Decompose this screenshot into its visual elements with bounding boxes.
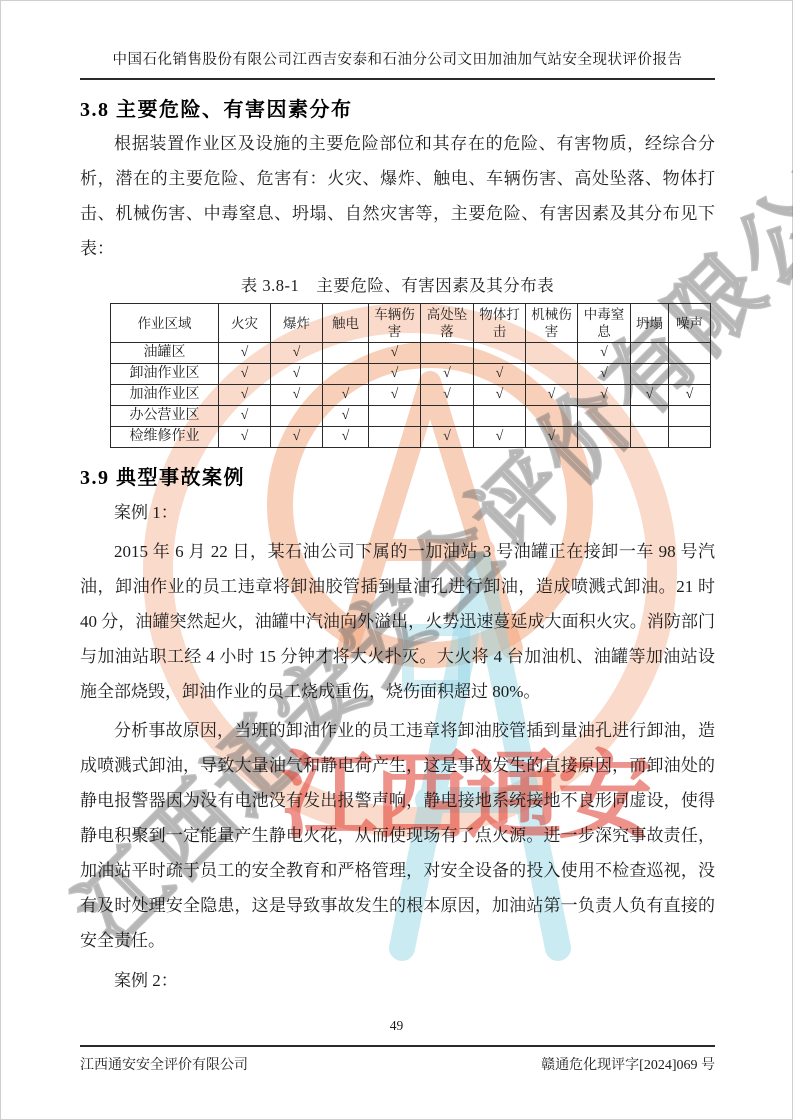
table-row: 油罐区 √ √ √ √: [111, 343, 711, 364]
check-cell: √: [219, 343, 271, 364]
check-cell: [526, 364, 578, 385]
check-cell: [669, 364, 711, 385]
row-area: 检维修作业: [111, 427, 219, 448]
check-cell: [369, 406, 421, 427]
check-cell: √: [474, 364, 526, 385]
page-footer: 江西通安安全评价有限公司 赣通危化现评字[2024]069 号: [80, 1045, 715, 1074]
check-cell: [669, 406, 711, 427]
document-content: 中国石化销售股份有限公司江西吉安泰和石油分公司文田加油加气站安全现状评价报告 3…: [0, 0, 793, 998]
table-row: 检维修作业 √ √ √ √ √ √: [111, 427, 711, 448]
table-row: 加油作业区 √ √ √ √ √ √ √ √ √ √: [111, 385, 711, 406]
column-header: 高处坠落: [421, 304, 474, 343]
check-cell: √: [526, 427, 578, 448]
check-cell: [474, 343, 526, 364]
case1-label: 案例 1：: [80, 495, 715, 530]
check-cell: √: [271, 427, 323, 448]
hazards-table: 作业区域 火灾 爆炸 触电 车辆伤害 高处坠落 物体打击 机械伤害 中毒窒息 坍…: [110, 303, 711, 448]
check-cell: [526, 406, 578, 427]
check-cell: √: [271, 385, 323, 406]
row-area: 卸油作业区: [111, 364, 219, 385]
column-header: 火灾: [219, 304, 271, 343]
check-cell: [271, 406, 323, 427]
hazards-paragraph: 根据装置作业区及设施的主要危险部位和其存在的危险、有害物质，经综合分析，潜在的主…: [80, 126, 715, 266]
check-cell: [526, 343, 578, 364]
case1-paragraph-1: 2015 年 6 月 22 日，某石油公司下属的一加油站 3 号油罐正在接卸一车…: [80, 534, 715, 709]
column-header: 物体打击: [474, 304, 526, 343]
row-area: 办公营业区: [111, 406, 219, 427]
column-header: 作业区域: [111, 304, 219, 343]
case1-paragraph-2: 分析事故原因，当班的卸油作业的员工违章将卸油胶管插到量油孔进行卸油，造成喷溅式卸…: [80, 713, 715, 958]
column-header: 车辆伤害: [369, 304, 421, 343]
check-cell: √: [578, 385, 631, 406]
check-cell: [323, 364, 369, 385]
check-cell: √: [369, 343, 421, 364]
column-header: 中毒窒息: [578, 304, 631, 343]
page-number: 49: [0, 1018, 793, 1034]
check-cell: [578, 427, 631, 448]
table-row: 卸油作业区 √ √ √ √ √ √: [111, 364, 711, 385]
check-cell: √: [323, 406, 369, 427]
check-cell: [631, 427, 669, 448]
table-header-row: 作业区域 火灾 爆炸 触电 车辆伤害 高处坠落 物体打击 机械伤害 中毒窒息 坍…: [111, 304, 711, 343]
check-cell: √: [631, 385, 669, 406]
check-cell: [421, 406, 474, 427]
check-cell: [474, 406, 526, 427]
check-cell: [369, 427, 421, 448]
check-cell: [631, 364, 669, 385]
check-cell: √: [474, 385, 526, 406]
check-cell: [669, 343, 711, 364]
check-cell: √: [526, 385, 578, 406]
check-cell: √: [323, 385, 369, 406]
check-cell: √: [271, 343, 323, 364]
check-cell: √: [474, 427, 526, 448]
check-cell: √: [219, 364, 271, 385]
column-header: 爆炸: [271, 304, 323, 343]
header-rule: [80, 78, 715, 80]
check-cell: √: [323, 427, 369, 448]
check-cell: √: [219, 385, 271, 406]
check-cell: √: [578, 364, 631, 385]
check-cell: [421, 343, 474, 364]
doc-header-title: 中国石化销售股份有限公司江西吉安泰和石油分公司文田加油加气站安全现状评价报告: [80, 0, 715, 69]
check-cell: √: [219, 427, 271, 448]
table-row: 办公营业区 √ √: [111, 406, 711, 427]
check-cell: √: [421, 427, 474, 448]
column-header: 机械伤害: [526, 304, 578, 343]
check-cell: [631, 406, 669, 427]
check-cell: √: [219, 406, 271, 427]
check-cell: √: [578, 343, 631, 364]
check-cell: √: [271, 364, 323, 385]
report-page: 江西通安安全评价有限公司 江西通安 中国石化销售股份有限公司江西吉安泰和石油分公…: [0, 0, 793, 1120]
check-cell: √: [369, 385, 421, 406]
check-cell: √: [369, 364, 421, 385]
check-cell: [323, 343, 369, 364]
table-caption: 表 3.8-1 主要危险、有害因素及其分布表: [80, 272, 715, 296]
column-header: 坍塌: [631, 304, 669, 343]
row-area: 油罐区: [111, 343, 219, 364]
check-cell: √: [421, 364, 474, 385]
check-cell: [669, 427, 711, 448]
footer-company: 江西通安安全评价有限公司: [80, 1054, 248, 1074]
check-cell: [631, 343, 669, 364]
section-3-8-heading: 3.8 主要危险、有害因素分布: [80, 93, 715, 122]
case2-label: 案例 2：: [80, 963, 715, 998]
check-cell: √: [421, 385, 474, 406]
check-cell: √: [669, 385, 711, 406]
row-area: 加油作业区: [111, 385, 219, 406]
column-header: 噪声: [669, 304, 711, 343]
footer-doc-number: 赣通危化现评字[2024]069 号: [541, 1054, 715, 1074]
section-3-9-heading: 3.9 典型事故案例: [80, 461, 715, 490]
column-header: 触电: [323, 304, 369, 343]
check-cell: [578, 406, 631, 427]
